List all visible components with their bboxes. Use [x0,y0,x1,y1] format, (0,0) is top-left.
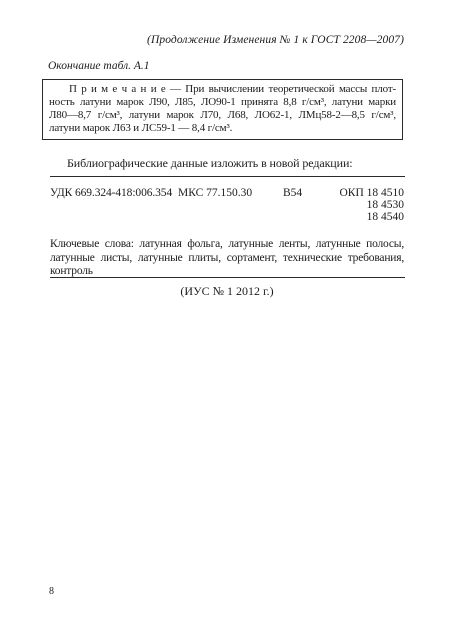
document-page: (Продолжение Изменения № 1 к ГОСТ 2208—2… [0,0,457,630]
okp-code-line: ОКП 18 4510 [339,187,404,199]
note-line: Л80—8,7 г/см³, латуни марок Л70, Л68, ЛО… [49,109,396,122]
okp-code-line: 18 4530 [339,199,404,211]
keywords-paragraph: Ключевые слова: латунная фольга, латунны… [50,238,404,279]
ius-reference: (ИУС № 1 2012 г.) [50,284,404,299]
table-caption: Окончание табл. А.1 [48,60,149,72]
page-number: 8 [49,586,54,597]
note-line: латуни марок Л63 и ЛС59-1 — 8,4 г/см³. [49,122,396,135]
separator-rule-top [50,176,405,177]
group-code: В54 [283,187,302,199]
note-box: П р и м е ч а н и е — При вычислении тео… [42,79,403,140]
note-line: П р и м е ч а н и е — При вычислении тео… [49,83,396,96]
classification-row: УДК 669.324-418:006.354 МКС 77.150.30 В5… [50,187,404,227]
okp-code-line: 18 4540 [339,211,404,223]
separator-rule-bottom [50,277,405,278]
udk-code: УДК 669.324-418:006.354 [50,187,172,199]
mks-code: МКС 77.150.30 [178,187,252,199]
bibliographic-intro: Библиографические данные изложить в ново… [67,156,353,171]
continuation-header: (Продолжение Изменения № 1 к ГОСТ 2208—2… [0,34,404,46]
keywords-line: Ключевые слова: латунная фольга, латунны… [50,238,404,252]
note-line: ность латуни марок Л90, Л85, ЛО90-1 прин… [49,96,396,109]
okp-codes: ОКП 18 4510 18 4530 18 4540 [339,187,404,223]
keywords-line: латунные листы, латунные плиты, сортамен… [50,252,404,266]
